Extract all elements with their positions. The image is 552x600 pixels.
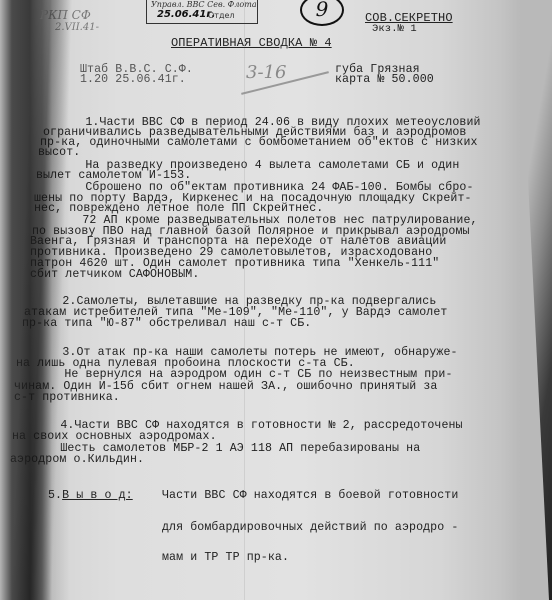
page-number-circle: 9 — [300, 0, 344, 26]
document-page: РКП СФ 2.VII.41- Управл. ВВС Сев. Флота … — [0, 0, 552, 600]
conclusion-line: для бомбардировочных действий по аэродро… — [162, 522, 458, 534]
document-title: ОПЕРАТИВНАЯ СВОДКА № 4 — [171, 37, 332, 49]
header-time-date: 1.20 25.06.41г. — [80, 74, 186, 86]
copy-number: Экз.№ 1 — [372, 23, 417, 35]
conclusion-label: 5.В ы в о д: — [48, 490, 133, 502]
stamp-department: Отдел — [208, 11, 235, 20]
conclusion-line: Части ВВС СФ находятся в боевой готовнос… — [162, 490, 458, 502]
conclusion-heading: В ы в о д: — [62, 489, 133, 502]
stamp-office: Управл. ВВС Сев. Флота — [151, 0, 257, 9]
registration-stamp: Управл. ВВС Сев. Флота 25.06.41г. Отдел — [146, 0, 258, 24]
conclusion-line: мам и ТР ТР пр-ка. — [162, 552, 289, 564]
page-right-edge — [492, 0, 552, 600]
header-map: карта № 50.000 — [335, 74, 434, 86]
para-line: пр-ка, одиночными самолетами с бомбомета… — [40, 137, 478, 149]
para-line: пр-ка типа "Ю-87" обстреливал наш с-т СБ… — [22, 318, 311, 330]
stamp-date: 25.06.41г. — [157, 9, 215, 20]
pencil-annotation: 3-16 — [246, 62, 286, 83]
